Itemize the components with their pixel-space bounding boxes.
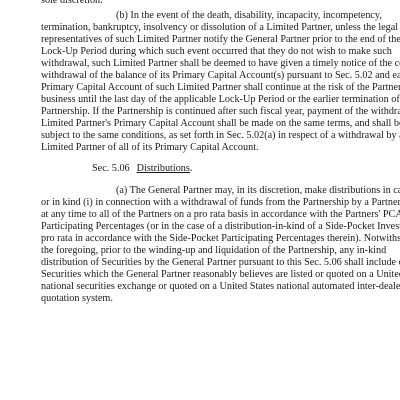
para-b-withdrawal-line: representatives of such Limited Partner …: [41, 34, 359, 46]
para-b-withdrawal-line: subject to the same conditions, as set f…: [41, 130, 359, 142]
section-title-suffix: .: [190, 163, 193, 174]
para-a-line: Securities which the General Partner rea…: [41, 269, 359, 281]
para-a-line: national securities exchange or quoted o…: [41, 281, 359, 293]
para-a-line: distribution of Securities by the Genera…: [41, 257, 359, 269]
para-b-withdrawal-line: Partnership. If the Partnership is conti…: [41, 106, 359, 118]
para-a-line: the foregoing, prior to the winding-up a…: [41, 245, 359, 257]
para-b-withdrawal-line: withdrawal of the balance of its Primary…: [41, 70, 359, 82]
para-b-withdrawal-line: Lock-Up Period during which such event o…: [41, 46, 359, 58]
para-b-withdrawal-line: termination, bankruptcy, insolvency or d…: [41, 22, 359, 34]
para-a-line: Participating Percentages (or in the cas…: [41, 221, 359, 233]
para-a-line: at any time to all of the Partners on a …: [41, 209, 359, 221]
para-b-withdrawal-line: Limited Partner's Primary Capital Accoun…: [41, 118, 359, 130]
para-a-line: quotation system.: [41, 293, 359, 305]
para-b-withdrawal-line: business until the last day of the appli…: [41, 94, 359, 106]
para-a-line: pro rata in accordance with the Side-Poc…: [41, 233, 359, 245]
para-a-line: (a) The General Partner may, in its disc…: [116, 185, 359, 197]
para-b-withdrawal-line: Primary Capital Account of such Limited …: [41, 82, 359, 94]
para-b-withdrawal-line: (b) In the event of the death, disabilit…: [116, 10, 359, 22]
para-a-line: or in kind (i) in connection with a with…: [41, 197, 359, 209]
top-fragment: sole discretion.: [41, 0, 359, 7]
para-b-withdrawal-line: withdrawal, such Limited Partner shall b…: [41, 58, 359, 70]
document-page: sole discretion. (b) In the event of the…: [0, 0, 400, 400]
para-b-withdrawal-line: Limited Partner of all of its Primary Ca…: [41, 142, 359, 154]
section-number: Sec. 5.06: [92, 163, 130, 174]
section-heading: Sec. 5.06Distributions.: [92, 163, 192, 175]
section-title: Distributions: [137, 163, 190, 174]
